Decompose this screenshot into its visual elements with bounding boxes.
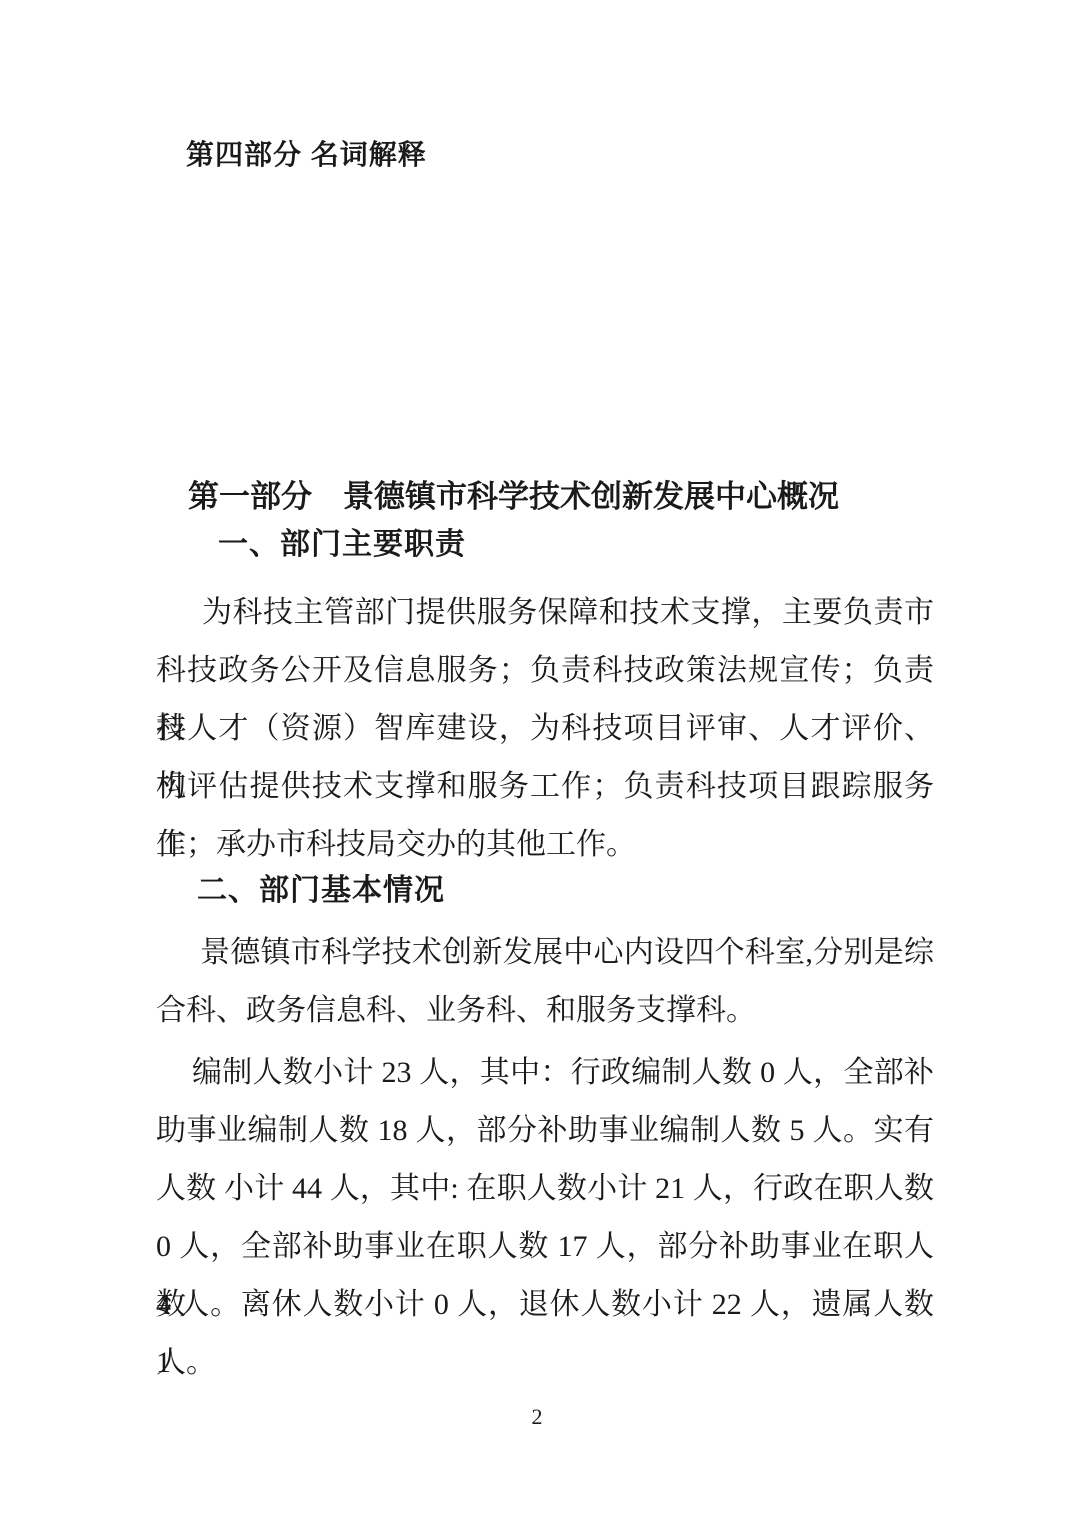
- page-number: 2: [0, 1403, 1074, 1431]
- paragraph-main-duties: 为科技主管部门提供服务保障和技术支撑，主要负责市 科技政务公开及信息服务；负责科…: [156, 584, 934, 874]
- text-line: 作；承办市科技局交办的其他工作。: [156, 816, 934, 874]
- heading-part-one-overview: 第一部分 景德镇市科学技术创新发展中心概况: [188, 477, 839, 517]
- text-line: 科技政务公开及信息服务；负责科技政策法规宣传；负责科: [156, 642, 934, 700]
- text-line: 编制人数小计 23 人，其中：行政编制人数 0 人，全部补: [156, 1044, 934, 1102]
- text-line: 景德镇市科学技术创新发展中心内设四个科室,分别是综: [156, 924, 934, 982]
- heading-section-basic-situation: 二、部门基本情况: [197, 872, 445, 910]
- text-line: 人。: [156, 1334, 934, 1392]
- text-line: 合科、政务信息科、业务科、和服务支撑科。: [156, 982, 934, 1040]
- text-line: 为科技主管部门提供服务保障和技术支撑，主要负责市: [156, 584, 934, 642]
- text-line: 人数 小计 44 人，其中: 在职人数小计 21 人，行政在职人数: [156, 1160, 934, 1218]
- text-line: 助事业编制人数 18 人，部分补助事业编制人数 5 人。实有: [156, 1102, 934, 1160]
- text-line: 4 人。离休人数小计 0 人，退休人数小计 22 人，遗属人数 1: [156, 1276, 934, 1334]
- heading-part-four-glossary: 第四部分 名词解释: [186, 137, 427, 173]
- text-line: 0 人，全部补助事业在职人数 17 人，部分补助事业在职人数: [156, 1218, 934, 1276]
- document-page: 第四部分 名词解释 第一部分 景德镇市科学技术创新发展中心概况 一、部门主要职责…: [0, 0, 1074, 1520]
- text-line: 构评估提供技术支撑和服务工作；负责科技项目跟踪服务工: [156, 758, 934, 816]
- text-line: 技人才（资源）智库建设，为科技项目评审、人才评价、机: [156, 700, 934, 758]
- paragraph-staffing-numbers: 编制人数小计 23 人，其中：行政编制人数 0 人，全部补 助事业编制人数 18…: [156, 1044, 934, 1392]
- heading-section-main-duties: 一、部门主要职责: [218, 526, 466, 564]
- paragraph-internal-departments: 景德镇市科学技术创新发展中心内设四个科室,分别是综 合科、政务信息科、业务科、和…: [156, 924, 934, 1040]
